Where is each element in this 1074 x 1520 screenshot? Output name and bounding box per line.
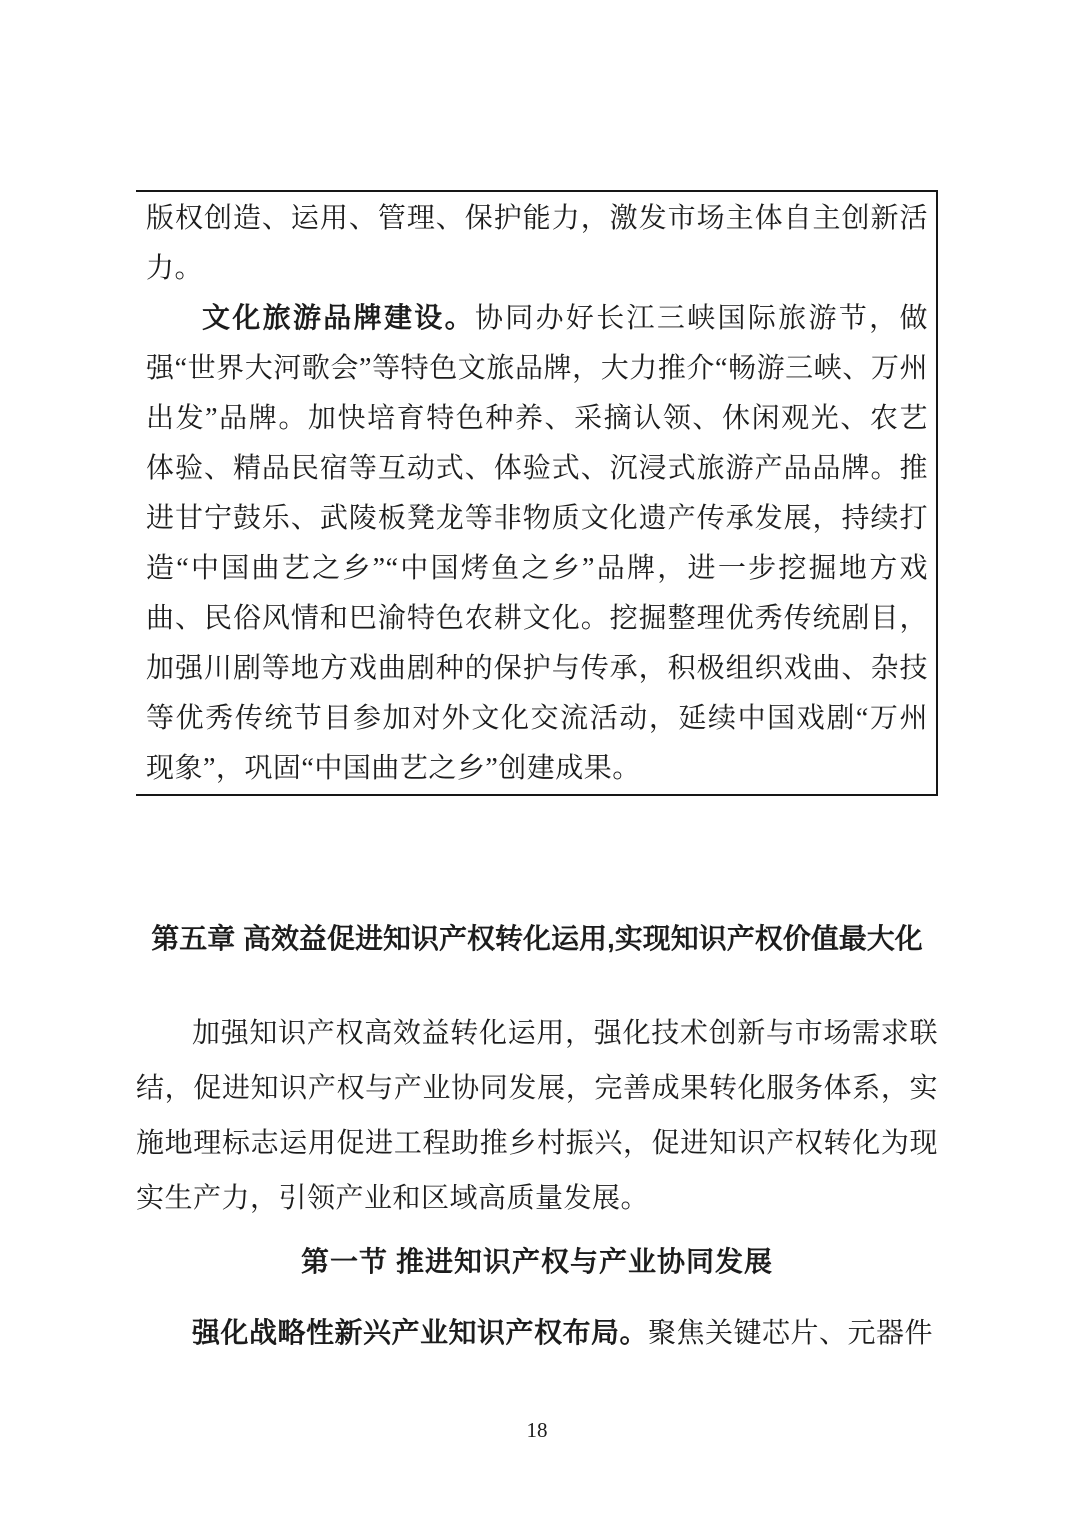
box-paragraph-culture-tourism: 文化旅游品牌建设。协同办好长江三峡国际旅游节，做强“世界大河歌会”等特色文旅品牌… [146, 294, 928, 794]
chapter-heading: 第五章 高效益促进知识产权转化运用,实现知识产权价值最大化 [136, 918, 938, 960]
box-paragraph-continued: 版权创造、运用、管理、保护能力，激发市场主体自主创新活力。 [146, 194, 928, 294]
box-paragraph-text: 版权创造、运用、管理、保护能力，激发市场主体自主创新活力。 [146, 203, 928, 284]
box-paragraph-text: 协同办好长江三峡国际旅游节，做强“世界大河歌会”等特色文旅品牌，大力推介“畅游三… [146, 303, 928, 784]
page-number: 18 [136, 1415, 938, 1445]
box-paragraph-bold-lead: 文化旅游品牌建设。 [202, 303, 475, 334]
body-paragraph-strategic: 强化战略性新兴产业知识产权布局。聚焦关键芯片、元器件 [136, 1306, 938, 1361]
boxed-callout: 版权创造、运用、管理、保护能力，激发市场主体自主创新活力。 文化旅游品牌建设。协… [136, 190, 938, 796]
body-paragraph-text: 加强知识产权高效益转化运用，强化技术创新与市场需求联结，促进知识产权与产业协同发… [136, 1018, 938, 1214]
document-page: 版权创造、运用、管理、保护能力，激发市场主体自主创新活力。 文化旅游品牌建设。协… [136, 0, 938, 1445]
section-heading: 第一节 推进知识产权与产业协同发展 [136, 1242, 938, 1284]
body-paragraph-bold-lead: 强化战略性新兴产业知识产权布局。 [192, 1318, 648, 1349]
body-paragraph-intro: 加强知识产权高效益转化运用，强化技术创新与市场需求联结，促进知识产权与产业协同发… [136, 1006, 938, 1226]
body-paragraph-text: 聚焦关键芯片、元器件 [648, 1318, 933, 1349]
